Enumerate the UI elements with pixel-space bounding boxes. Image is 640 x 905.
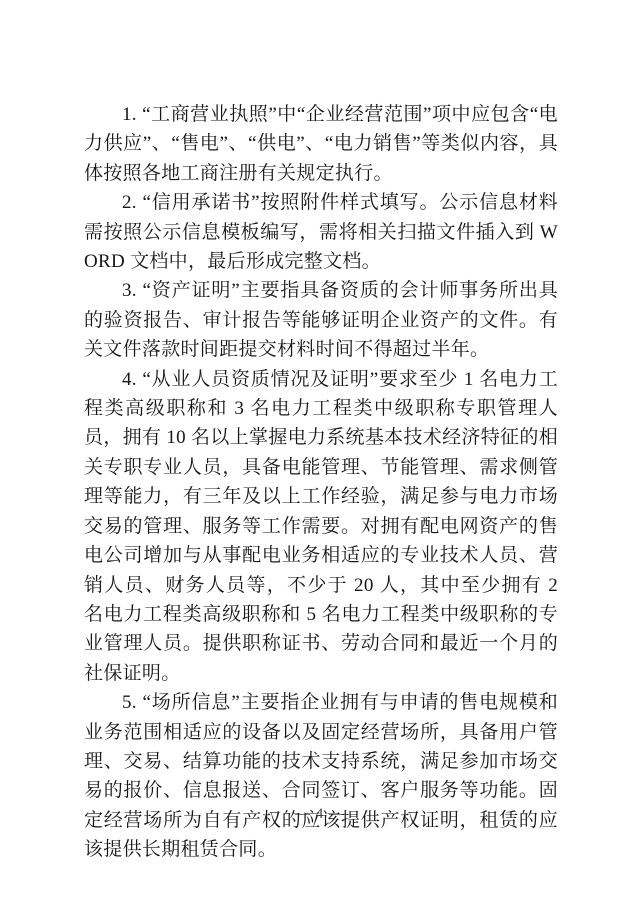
- paragraph-4-personnel-qualifications: 4. “从业人员资质情况及证明”要求至少 1 名电力工程类高级职称和 3 名电力…: [84, 365, 558, 688]
- paragraph-1-business-license: 1. “工商营业执照”中“企业经营范围”项中应包含“电力供应”、“售电”、“供电…: [84, 100, 558, 188]
- document-body: 1. “工商营业执照”中“企业经营范围”项中应包含“电力供应”、“售电”、“供电…: [84, 100, 558, 865]
- paragraph-2-credit-commitment: 2. “信用承诺书”按照附件样式填写。公示信息材料需按照公示信息模板编写，需将相…: [84, 188, 558, 276]
- paragraph-3-asset-certificate: 3. “资产证明”主要指具备资质的会计师事务所出具的验资报告、审计报告等能够证明…: [84, 276, 558, 364]
- document-page: 1. “工商营业执照”中“企业经营范围”项中应包含“电力供应”、“售电”、“供电…: [0, 0, 640, 905]
- paragraph-5-premises-info: 5. “场所信息”主要指企业拥有与申请的售电规模和业务范围相适应的设备以及固定经…: [84, 688, 558, 864]
- page-number: — 4 —: [0, 806, 640, 823]
